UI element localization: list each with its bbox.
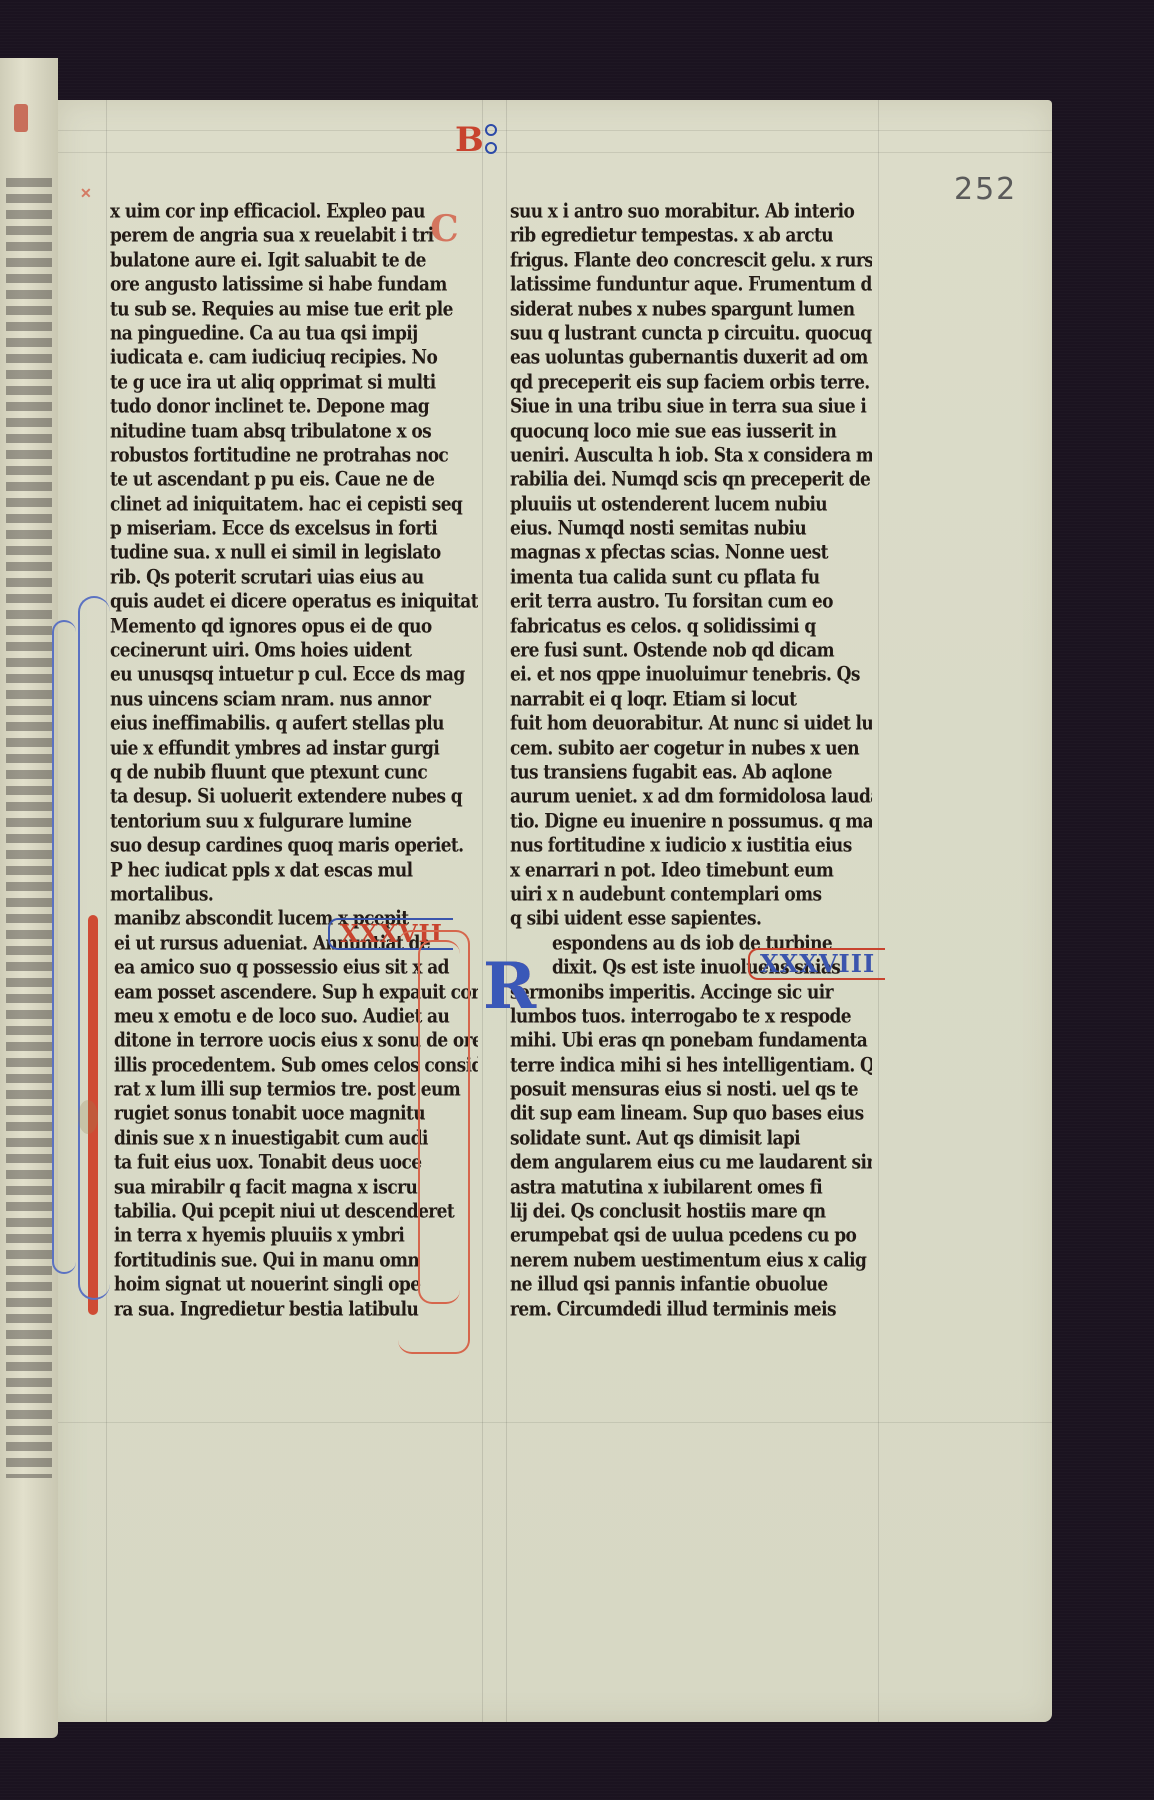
manuscript-page: B 252 C ✕ x uim cor inp efficaciol. Expl… xyxy=(58,100,1052,1722)
ruling-line xyxy=(482,100,483,1722)
text-line: rem. Circumdedi illud terminis meis xyxy=(510,1296,872,1324)
facing-leaf-edge xyxy=(0,58,58,1738)
facing-leaf-text xyxy=(6,178,52,1478)
facing-leaf-rubric xyxy=(14,104,28,132)
parchment-stain xyxy=(78,1100,98,1134)
right-column: suu x i antro suo morabitur. Ab interior… xyxy=(510,200,872,1322)
ruling-line xyxy=(878,100,879,1722)
initial-r-blue: R xyxy=(483,955,536,1019)
penwork-flourish-red xyxy=(418,940,460,1304)
chapter-heading-right: XXXVIII xyxy=(748,948,885,980)
penwork-flourish-blue xyxy=(78,596,110,1300)
running-head-letter: B xyxy=(455,120,485,160)
running-head: B xyxy=(455,120,485,160)
ruling-line xyxy=(506,100,507,1722)
text-line: Siue in una tribu siue in terra sua siue… xyxy=(510,393,872,421)
folio-number: 252 xyxy=(954,172,1017,207)
ruling-line xyxy=(58,152,1052,153)
ruling-line xyxy=(58,1422,1052,1423)
marginal-mark: ✕ xyxy=(80,186,92,202)
text-line: nus fortitudine x iudicio x iustitia eiu… xyxy=(510,832,872,860)
ruling-line xyxy=(58,130,1052,131)
running-head-dots-icon xyxy=(485,124,495,160)
text-line: suo desup cardines quoq maris operiet. xyxy=(110,832,478,860)
penwork-flourish-blue xyxy=(52,620,76,1274)
text-line: tudo donor inclinet te. Depone mag xyxy=(110,393,478,421)
